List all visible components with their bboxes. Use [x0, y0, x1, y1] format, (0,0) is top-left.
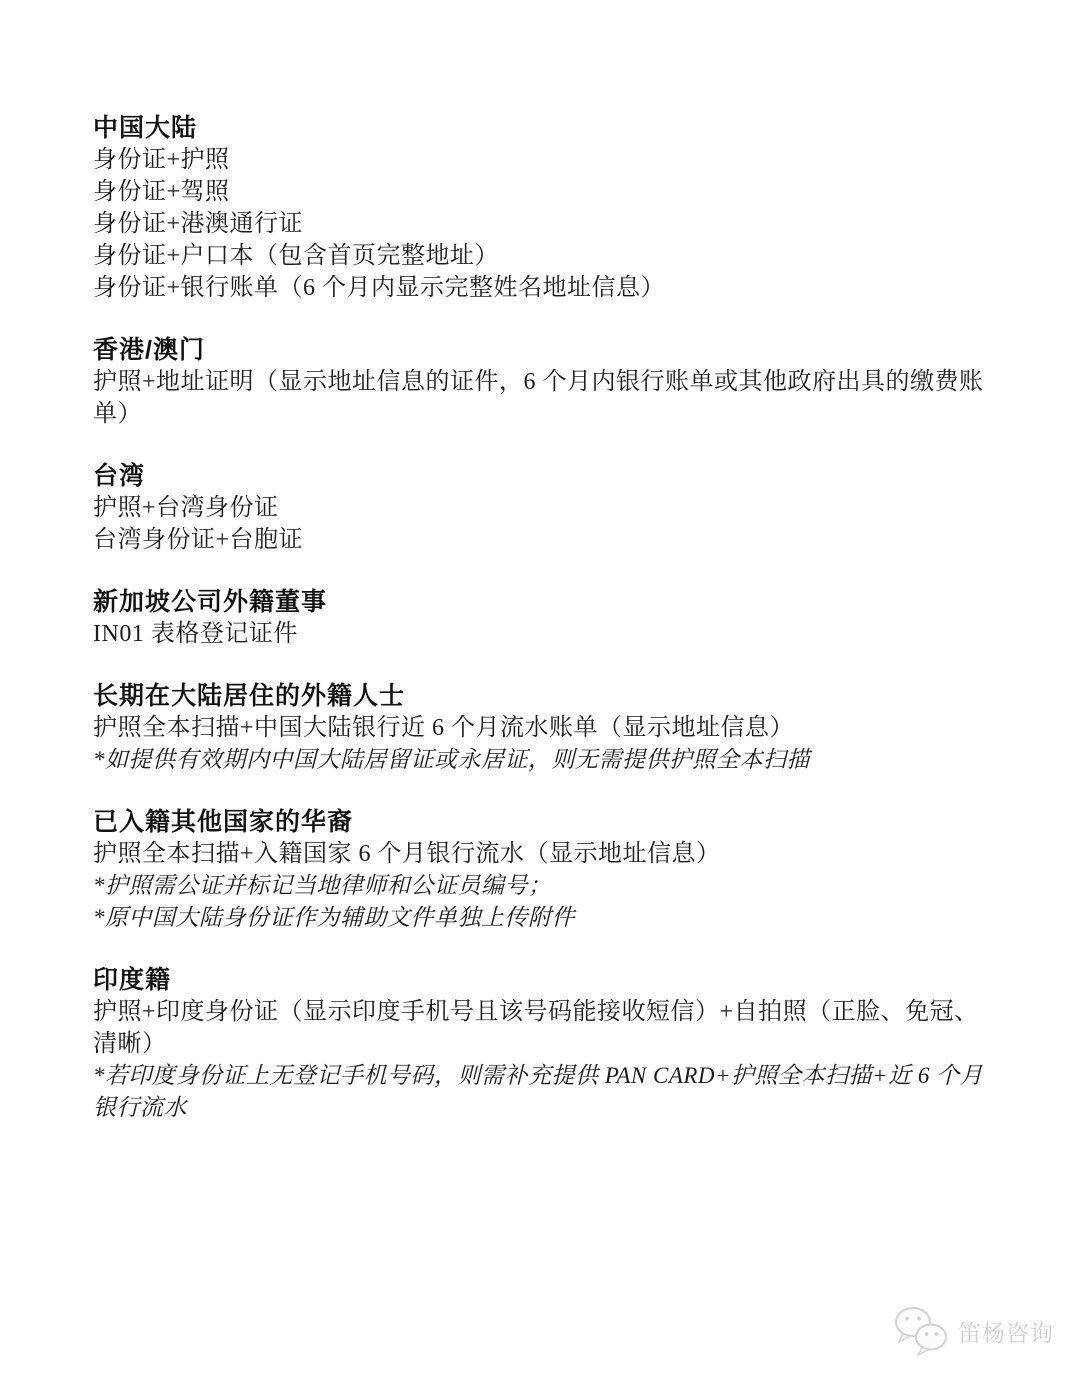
watermark-label: 笛杨咨询 [958, 1315, 1054, 1348]
requirement-line: 身份证+护照 [93, 144, 985, 176]
section-taiwan: 台湾 护照+台湾身份证 台湾身份证+台胞证 [93, 460, 985, 556]
footnote-line: *原中国大陆身份证作为辅助文件单独上传附件 [93, 902, 985, 934]
section-heading: 长期在大陆居住的外籍人士 [93, 680, 985, 712]
requirement-line: 护照+地址证明（显示地址信息的证件，6 个月内银行账单或其他政府出具的缴费账单） [93, 366, 985, 430]
wechat-icon [893, 1305, 949, 1357]
section-heading: 香港/澳门 [93, 334, 985, 366]
section-naturalized-chinese: 已入籍其他国家的华裔 护照全本扫描+入籍国家 6 个月银行流水（显示地址信息） … [93, 806, 985, 934]
requirement-line: 护照全本扫描+中国大陆银行近 6 个月流水账单（显示地址信息） [93, 712, 985, 744]
watermark: 笛杨咨询 [893, 1305, 1054, 1357]
requirement-line: 护照+印度身份证（显示印度手机号且该号码能接收短信）+自拍照（正脸、免冠、清晰） [93, 996, 985, 1060]
section-singapore-foreign-director: 新加坡公司外籍董事 IN01 表格登记证件 [93, 586, 985, 650]
footnote-line: *护照需公证并标记当地律师和公证员编号； [93, 870, 985, 902]
requirement-line: 身份证+银行账单（6 个月内显示完整姓名地址信息） [93, 272, 985, 304]
section-hongkong-macau: 香港/澳门 护照+地址证明（显示地址信息的证件，6 个月内银行账单或其他政府出具… [93, 334, 985, 430]
requirement-line: 护照全本扫描+入籍国家 6 个月银行流水（显示地址信息） [93, 838, 985, 870]
section-heading: 已入籍其他国家的华裔 [93, 806, 985, 838]
requirement-line: 台湾身份证+台胞证 [93, 524, 985, 556]
document-body: 中国大陆 身份证+护照 身份证+驾照 身份证+港澳通行证 身份证+户口本（包含首… [93, 112, 985, 1124]
footnote-line: *若印度身份证上无登记手机号码，则需补充提供 PAN CARD+护照全本扫描+近… [93, 1060, 985, 1124]
section-heading: 中国大陆 [93, 112, 985, 144]
requirement-line: IN01 表格登记证件 [93, 618, 985, 650]
requirement-line: 身份证+驾照 [93, 176, 985, 208]
requirement-line: 身份证+港澳通行证 [93, 208, 985, 240]
requirement-line: 护照+台湾身份证 [93, 492, 985, 524]
section-foreigners-living-in-mainland: 长期在大陆居住的外籍人士 护照全本扫描+中国大陆银行近 6 个月流水账单（显示地… [93, 680, 985, 776]
section-heading: 新加坡公司外籍董事 [93, 586, 985, 618]
section-mainland-china: 中国大陆 身份证+护照 身份证+驾照 身份证+港澳通行证 身份证+户口本（包含首… [93, 112, 985, 304]
section-heading: 台湾 [93, 460, 985, 492]
requirement-line: 身份证+户口本（包含首页完整地址） [93, 240, 985, 272]
footnote-line: *如提供有效期内中国大陆居留证或永居证，则无需提供护照全本扫描 [93, 744, 985, 776]
section-indian-nationals: 印度籍 护照+印度身份证（显示印度手机号且该号码能接收短信）+自拍照（正脸、免冠… [93, 964, 985, 1124]
page: { "page": { "background_color": "#ffffff… [0, 0, 1080, 1380]
section-heading: 印度籍 [93, 964, 985, 996]
